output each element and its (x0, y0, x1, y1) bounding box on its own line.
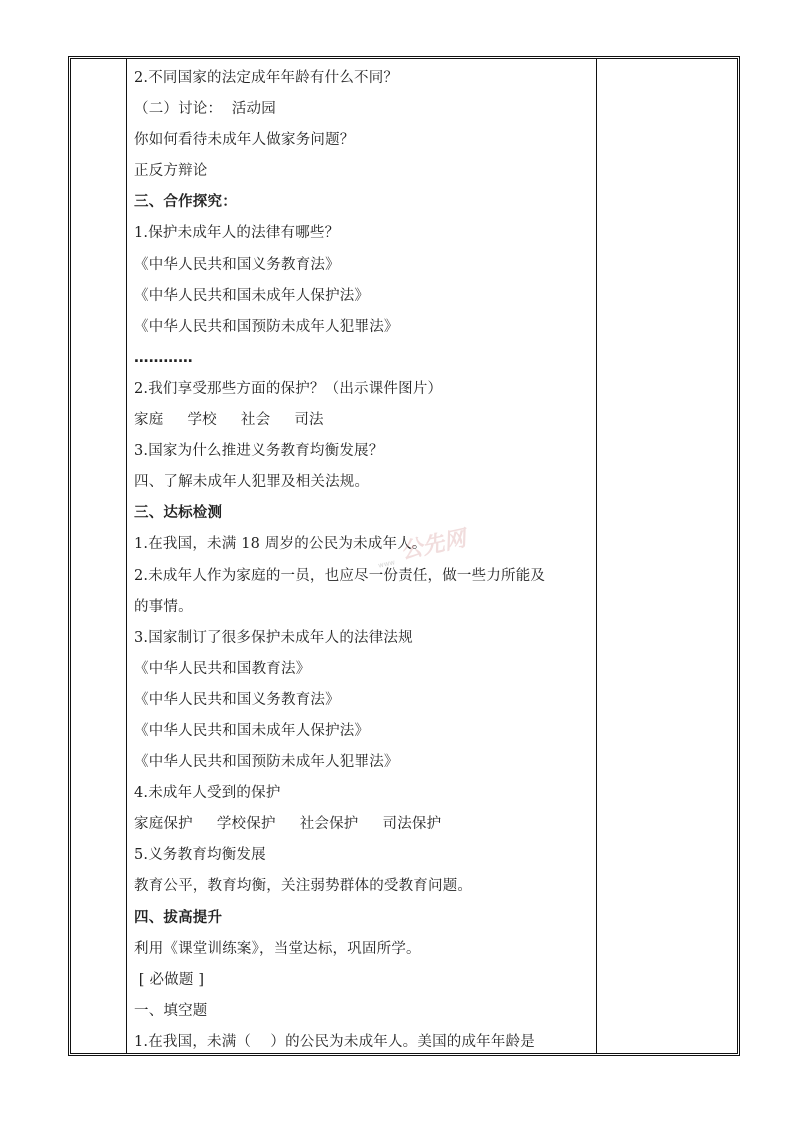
text-line: 4.未成年人受到的保护 (134, 778, 596, 809)
left-column-cell (71, 59, 127, 1053)
section-heading: 四、拔高提升 (134, 903, 596, 934)
text-line: 家庭保护 学校保护 社会保护 司法保护 (134, 809, 596, 840)
text-line: 1.在我国，未满 18 周岁的公民为未成年人。 (134, 529, 596, 560)
text-line: 5.义务教育均衡发展 (134, 840, 596, 871)
text-line: 《中华人民共和国教育法》 (134, 654, 596, 685)
text-line: 《中华人民共和国未成年人保护法》 (134, 716, 596, 747)
text-line: 2.未成年人作为家庭的一员，也应尽一份责任，做一些力所能及 (134, 561, 596, 592)
text-line: 的事情。 (134, 592, 596, 623)
text-line: 1.在我国，未满（ ）的公民为未成年人。美国的成年年龄是 (134, 1027, 596, 1058)
text-line: 《中华人民共和国义务教育法》 (134, 250, 596, 281)
content-column-cell: 2.不同国家的法定成年年龄有什么不同？（二）讨论： 活动园你如何看待未成年人做家… (127, 59, 597, 1053)
text-line: 2.不同国家的法定成年年龄有什么不同？ (134, 63, 596, 94)
text-line: 正反方辩论 (134, 156, 596, 187)
text-line: 你如何看待未成年人做家务问题？ (134, 125, 596, 156)
section-heading: 三、达标检测 (134, 498, 596, 529)
text-line: 2.我们享受那些方面的保护？（出示课件图片） (134, 374, 596, 405)
text-line: 教育公平，教育均衡，关注弱势群体的受教育问题。 (134, 871, 596, 902)
text-line: 一、填空题 (134, 996, 596, 1027)
text-line: 《中华人民共和国义务教育法》 (134, 685, 596, 716)
text-line: 《中华人民共和国预防未成年人犯罪法》 (134, 312, 596, 343)
lesson-plan-table: 2.不同国家的法定成年年龄有什么不同？（二）讨论： 活动园你如何看待未成年人做家… (68, 56, 740, 1056)
text-line: 利用《课堂训练案》，当堂达标，巩固所学。 (134, 934, 596, 965)
section-heading: ………… (134, 343, 596, 374)
section-heading: 三、合作探究： (134, 187, 596, 218)
text-line: 《中华人民共和国预防未成年人犯罪法》 (134, 747, 596, 778)
text-line: 四、了解未成年人犯罪及相关法规。 (134, 467, 596, 498)
notes-column-cell (597, 59, 737, 1053)
text-line: （二）讨论： 活动园 (134, 94, 596, 125)
text-line: 3.国家为什么推进义务教育均衡发展？ (134, 436, 596, 467)
text-line: [ 必做题 ] (134, 965, 596, 996)
text-line: 《中华人民共和国未成年人保护法》 (134, 281, 596, 312)
text-line: 家庭 学校 社会 司法 (134, 405, 596, 436)
text-line: 1.保护未成年人的法律有哪些？ (134, 218, 596, 249)
text-line: 3.国家制订了很多保护未成年人的法律法规 (134, 623, 596, 654)
